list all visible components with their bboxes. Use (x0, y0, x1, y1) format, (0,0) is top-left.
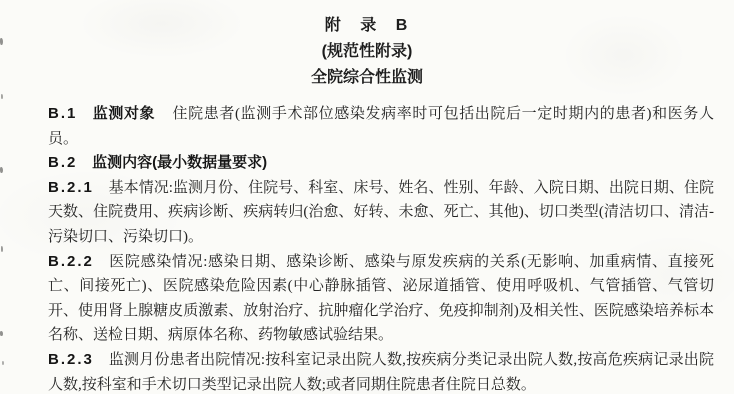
clause-body-text: 医院感染情况:感染日期、感染诊断、感染与原发疾病的关系(无影响、加重病情、直接死… (48, 254, 714, 344)
scan-artifact (0, 331, 3, 336)
clause-heading: 监测内容(最小数据量要求) (92, 154, 267, 171)
clause-heading: 监测对象 (93, 105, 155, 122)
clause-number: B.2.1 (48, 179, 94, 196)
clause-number: B.1 (48, 105, 77, 122)
scan-artifact (1, 246, 3, 252)
clause-b2: B.2 监测内容(最小数据量要求) (48, 151, 714, 176)
document-body: B.1 监测对象 住院患者(监测手术部位感染发病率时可包括出院后一定时期内的患者… (48, 102, 714, 394)
clause-number: B.2 (48, 154, 77, 171)
clause-b1: B.1 监测对象 住院患者(监测手术部位感染发病率时可包括出院后一定时期内的患者… (48, 102, 714, 151)
clause-body-text: 监测月份患者出院情况:按科室记录出院人数,按疾病分类记录出院人数,按高危疾病记录… (48, 352, 714, 393)
clause-number: B.2.3 (48, 351, 94, 368)
clause-number: B.2.2 (48, 253, 94, 270)
appendix-subject-title: 全院综合性监测 (0, 65, 734, 91)
scan-artifact (1, 94, 3, 99)
scan-artifact (0, 167, 3, 173)
clause-b2-1: B.2.1 基本情况:监测月份、住院号、科室、床号、姓名、性别、年龄、入院日期、… (48, 176, 714, 250)
appendix-title: 附 录 B (0, 13, 734, 39)
scan-artifact (0, 38, 3, 45)
appendix-header: 附 录 B (规范性附录) 全院综合性监测 (0, 0, 734, 91)
document-page: 附 录 B (规范性附录) 全院综合性监测 B.1 监测对象 住院患者(监测手术… (0, 0, 734, 394)
clause-b2-2: B.2.2 医院感染情况:感染日期、感染诊断、感染与原发疾病的关系(无影响、加重… (48, 250, 714, 348)
appendix-type-label: (规范性附录) (0, 39, 734, 65)
scan-artifact (2, 361, 4, 365)
clause-body-text: 基本情况:监测月份、住院号、科室、床号、姓名、性别、年龄、入院日期、出院日期、住… (48, 180, 714, 245)
clause-b2-3: B.2.3 监测月份患者出院情况:按科室记录出院人数,按疾病分类记录出院人数,按… (48, 348, 714, 394)
